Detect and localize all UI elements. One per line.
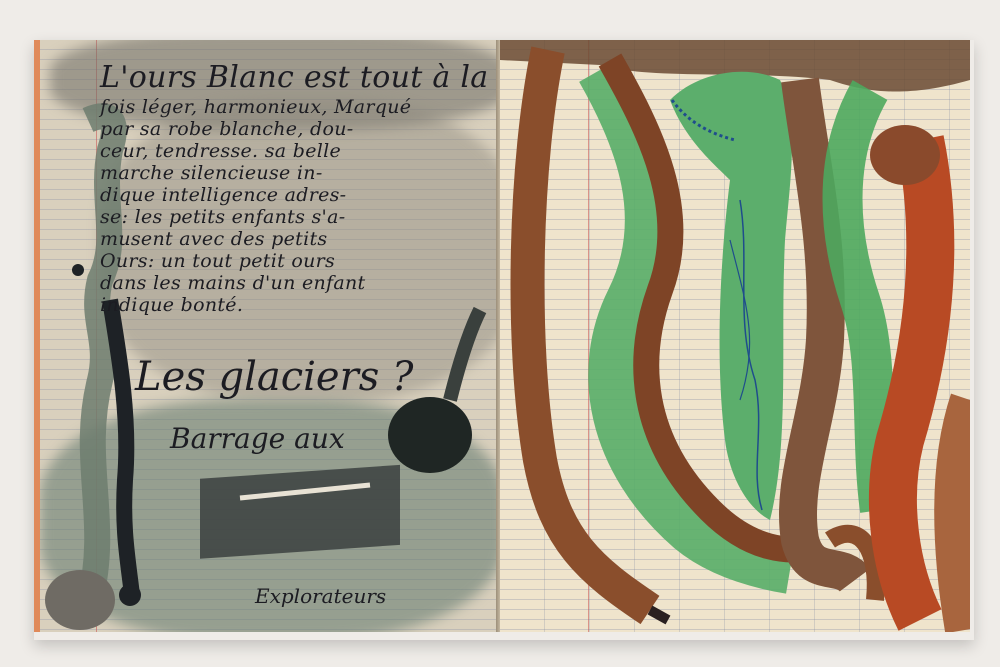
explorateurs-signature: Explorateurs <box>255 585 386 607</box>
text-line: ceur, tendresse. sa belle <box>100 140 495 162</box>
text-line: dans les mains d'un enfant <box>100 272 495 294</box>
text-line: se: les petits enfants s'a- <box>100 206 495 228</box>
text-line: par sa robe blanche, dou- <box>100 118 495 140</box>
text-line: L'ours Blanc est tout à la <box>100 60 495 96</box>
text-line: indique bonté. <box>100 294 495 316</box>
text-line: dique intelligence adres- <box>100 184 495 206</box>
text-line: fois léger, harmonieux, Marqué <box>100 96 495 118</box>
barrage-subheading: Barrage aux <box>170 428 345 450</box>
glaciers-heading: Les glaciers ? <box>135 355 413 399</box>
right-illustration <box>500 40 970 632</box>
handwritten-paragraph: L'ours Blanc est tout à la fois léger, h… <box>100 60 495 316</box>
right-page <box>500 40 970 632</box>
text-line: musent avec des petits <box>100 228 495 250</box>
text-line: marche silencieuse in- <box>100 162 495 184</box>
text-line: Ours: un tout petit ours <box>100 250 495 272</box>
